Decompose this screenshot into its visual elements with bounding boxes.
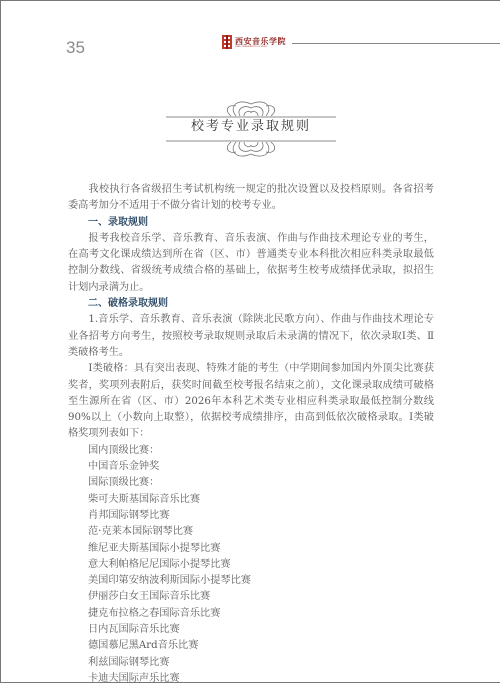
section-heading-admission-rules: 一、录取规则 — [68, 215, 434, 231]
list-item: 肖邦国际钢琴比赛 — [68, 508, 434, 524]
exceptional-admission-paragraph-1: 1.音乐学、音乐教育、音乐表演（除陕北民歌方向）、作曲与作曲技术理论专业各招考方… — [68, 312, 434, 361]
list-item: 国际顶级比赛： — [68, 475, 434, 491]
list-item: 国内顶级比赛： — [68, 443, 434, 459]
list-item: 意大利帕格尼尼国际小提琴比赛 — [68, 557, 434, 573]
admission-rules-paragraph: 报考我校音乐学、音乐教育、音乐表演、作曲与作曲技术理论专业的考生，在高考文化课成… — [68, 231, 434, 296]
school-name-english: XI'AN CONSERVATORY OF MUSIC — [235, 46, 286, 48]
list-item: 捷克布拉格之春国际音乐比赛 — [68, 606, 434, 622]
page-title: 校考专业录取规则 — [166, 119, 336, 135]
page-number: 35 — [66, 38, 85, 58]
school-emblem-icon — [222, 35, 232, 49]
header-rule — [292, 43, 500, 44]
list-item: 维尼亚夫斯基国际小提琴比赛 — [68, 541, 434, 557]
header-logo: 西安音乐学院 XI'AN CONSERVATORY OF MUSIC — [222, 33, 286, 51]
list-item: 卡迪夫国际声乐比赛 — [68, 671, 434, 683]
list-item: 柴可夫斯基国际音乐比赛 — [68, 492, 434, 508]
title-block: 校考专业录取规则 — [166, 98, 336, 160]
list-item: 日内瓦国际音乐比赛 — [68, 622, 434, 638]
list-item: 中国音乐金钟奖 — [68, 459, 434, 475]
exceptional-admission-paragraph-2: Ⅰ类破格：具有突出表现、特殊才能的考生（中学期间参加国内外顶尖比赛获奖者，奖项列… — [68, 361, 434, 442]
award-list: 国内顶级比赛： 中国音乐金钟奖 国际顶级比赛： 柴可夫斯基国际音乐比赛 肖邦国际… — [68, 443, 434, 683]
list-item: 美国印第安纳波利斯国际小提琴比赛 — [68, 573, 434, 589]
document-body: 我校执行各省级招生考试机构统一规定的批次设置以及投档原则。各省招考委高考加分不适… — [68, 182, 434, 683]
intro-paragraph: 我校执行各省级招生考试机构统一规定的批次设置以及投档原则。各省招考委高考加分不适… — [68, 182, 434, 215]
list-item: 范·克莱本国际钢琴比赛 — [68, 524, 434, 540]
section-heading-exceptional-admission: 二、破格录取规则 — [68, 296, 434, 312]
list-item: 德国慕尼黑Ard音乐比赛 — [68, 638, 434, 654]
list-item: 利兹国际钢琴比赛 — [68, 655, 434, 671]
list-item: 伊丽莎白女王国际音乐比赛 — [68, 589, 434, 605]
school-name: 西安音乐学院 — [235, 37, 286, 45]
